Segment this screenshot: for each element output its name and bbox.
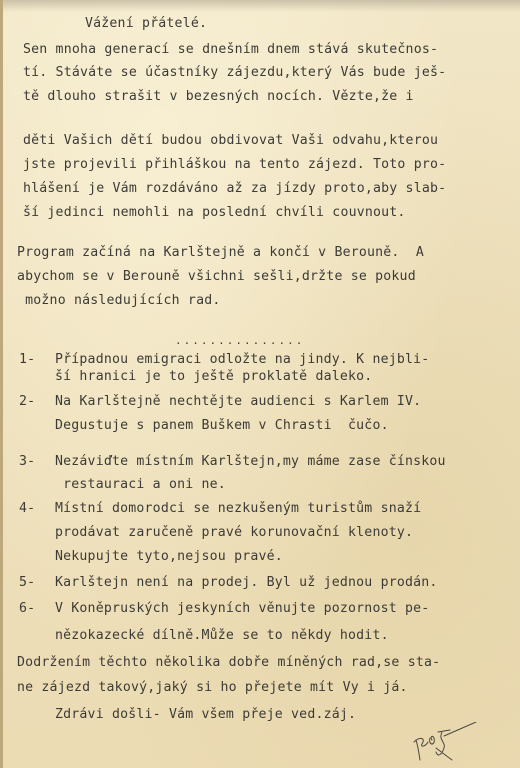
intro-line: možno následujících rad. — [17, 293, 221, 309]
rule-number: 6- — [19, 601, 35, 617]
rule-line: V Koněpruských jeskyních věnujte pozorno… — [55, 601, 429, 617]
signature-icon — [408, 722, 478, 764]
signoff: Zdrávi došli- Vám všem přeje ved.záj. — [55, 707, 356, 723]
rule-line: nězokazecké dílně.Může se to někdy hodit… — [55, 628, 389, 644]
intro-line: hlášení je Vám rozdáváno až za jízdy pro… — [23, 181, 446, 197]
rule-number: 5- — [19, 575, 35, 591]
rule-number: 1- — [19, 352, 35, 368]
rule-line: Degustuje s panem Buškem v Chrasti čučo. — [55, 418, 389, 434]
intro-line: jste projevili přihláškou na tento zájez… — [23, 157, 446, 173]
rule-line: Nekupujte tyto,nejsou pravé. — [55, 549, 283, 565]
rule-line: ší hranici je to ještě proklatě daleko. — [55, 369, 372, 385]
intro-line: Program začíná na Karlštejně a končí v B… — [17, 245, 424, 261]
rule-number: 2- — [19, 394, 35, 410]
rule-line: Na Karlštejně nechtějte audienci s Karle… — [55, 394, 421, 410]
rule-line: Nezáviďte místním Karlštejn,my máme zase… — [55, 454, 446, 470]
intro-line: tě dlouho strašit v bezesných nocích. Vě… — [23, 89, 414, 105]
intro-line: děti Vašich dětí budou obdivovat Vaši od… — [23, 133, 438, 149]
intro-line: Sen mnoha generací se dnešním dnem stává… — [23, 42, 438, 58]
rule-line: Případnou emigraci odložte na jindy. K n… — [55, 352, 429, 368]
rule-number: 4- — [19, 501, 35, 517]
intro-line: abychom se v Berouně všichni sešli,držte… — [17, 269, 416, 285]
typewritten-letter: Vážení přátelé. Sen mnoha generací se dn… — [0, 0, 520, 768]
rule-line: Místní domorodci se nezkušeným turistům … — [55, 501, 421, 517]
closing-line: ne zájezd takový,jaký si ho přejete mít … — [17, 680, 408, 696]
intro-line: ší jedinci nemohli na poslední chvíli co… — [23, 205, 406, 221]
separator-dots: ............... — [175, 333, 304, 349]
greeting: Vážení přátelé. — [85, 16, 207, 32]
closing-line: Dodržením těchto několika dobře míněných… — [17, 655, 440, 671]
rule-number: 3- — [19, 454, 35, 470]
torn-top-edge — [3, 0, 520, 12]
intro-line: tí. Stáváte se účastníky zájezdu,který V… — [23, 65, 446, 81]
rule-line: prodávat zaručeně pravé korunovační klen… — [55, 525, 413, 541]
rule-line: restauraci a oni ne. — [55, 477, 226, 493]
rule-line: Karlštejn není na prodej. Byl už jednou … — [55, 575, 438, 591]
